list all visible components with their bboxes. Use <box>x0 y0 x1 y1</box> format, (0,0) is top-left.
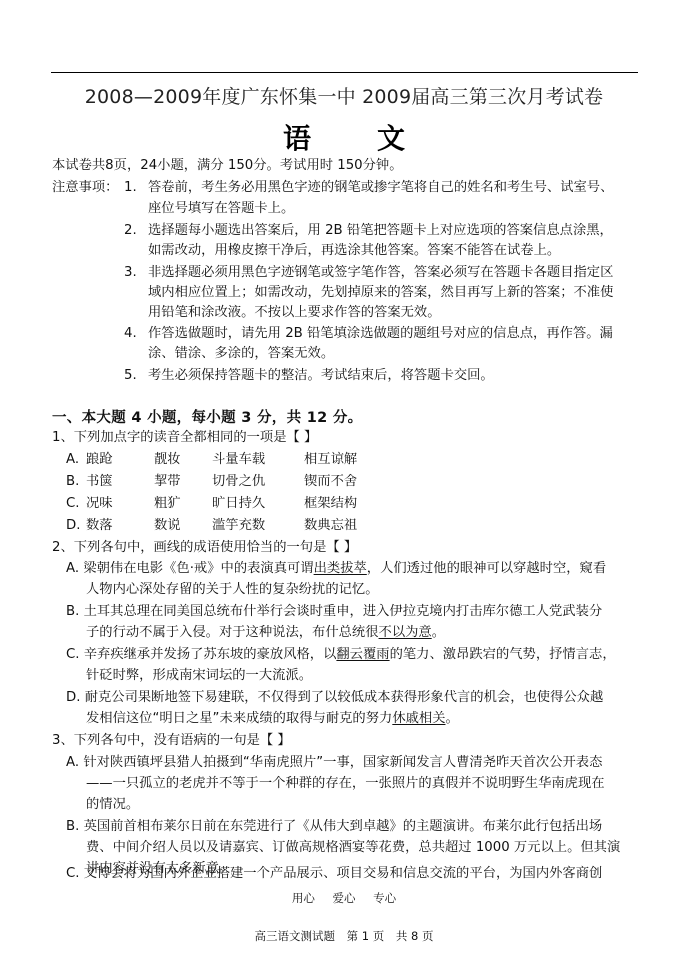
option-label: D. <box>66 518 80 534</box>
option-text: 子的行动不属于入侵。对于这种说法，布什总统很 <box>86 625 379 640</box>
motto-word: 爱心 <box>333 891 356 905</box>
note-number: 5. <box>124 368 137 384</box>
option-label: C. <box>66 866 80 881</box>
option-label: B. <box>66 604 79 619</box>
option-text: 针对陕西镇坪县猎人拍摄到“华南虎照片”一事，国家新闻发言人曹清尧昨天首次公开表态 <box>83 755 602 770</box>
option-label: B. <box>66 819 79 834</box>
option-item: 粗犷 <box>154 496 181 512</box>
q2-option-a-line2: 人物内心深处存留的关于人性的复杂纷扰的记忆。 <box>86 582 379 598</box>
q2-option-d-line1: D. 耐克公司果断地签下易建联，不仅得到了以较低成本获得形象代言的机会，也使得公… <box>66 690 603 706</box>
footer-page-info: 高三语文测试题 第 1 页 共 8 页 <box>0 928 688 944</box>
underlined-idiom: 休戚相关 <box>392 711 445 726</box>
note-text: 座位号填写在答题卡上。 <box>148 201 294 217</box>
q2-option-c-line1: C. 辛弃疾继承并发扬了苏东坡的豪放风格，以翻云覆雨的笔力、激昂跌宕的气势，抒情… <box>66 647 616 663</box>
option-label: C. <box>66 647 80 662</box>
subject-char-2: 文 <box>377 117 405 157</box>
q2-option-b-line1: B. 土耳其总理在同美国总统布什举行会谈时重申，进入伊拉克境内打击库尔德工人党武… <box>66 604 602 620</box>
q3-option-b-line2: 费、中间介绍人员以及请嘉宾、订做高规格酒宴等花费，总共超过 1000 万元以上。… <box>86 840 620 856</box>
q2-option-d-line2: 发相信这位“明日之星”未来成绩的取得与耐克的努力休戚相关。 <box>86 711 459 727</box>
option-item: 靓妆 <box>154 452 181 468</box>
question-1-stem: 1、下列加点字的读音全都相同的一项是【 】 <box>52 430 317 446</box>
page-number: 第 1 页 <box>347 929 385 943</box>
option-item: 相互谅解 <box>304 452 357 468</box>
option-text: 的笔力、激昂跌宕的气势，抒情言志， <box>390 647 616 662</box>
option-item: 锲而不舍 <box>304 474 357 490</box>
option-item: 旷日持久 <box>212 496 265 512</box>
option-item: 滥竽充数 <box>212 518 265 534</box>
option-item: 数典忘祖 <box>304 518 357 534</box>
note-number: 2. <box>124 223 137 239</box>
question-2-stem: 2、下列各句中，画线的成语使用恰当的一句是【 】 <box>52 540 357 556</box>
option-item: 切骨之仇 <box>212 474 265 490</box>
exam-intro: 本试卷共8页，24小题，满分 150分。考试用时 150分钟。 <box>52 158 403 174</box>
subject-char-1: 语 <box>283 117 311 157</box>
option-item: 框架结构 <box>304 496 357 512</box>
option-item: 挈带 <box>154 474 181 490</box>
note-text: 选择题每小题选出答案后，用 2B 铅笔把答题卡上对应选项的答案信息点涂黑， <box>148 223 613 239</box>
note-text: 非选择题必须用黑色字迹钢笔或签字笔作答，答案必须写在答题卡各题目指定区 <box>148 265 613 281</box>
option-text: 文博会将为国内外企业搭建一个产品展示、项目交易和信息交流的平台，为国内外客商创 <box>84 866 603 881</box>
note-text: 答卷前，考生务必用黑色字迹的钢笔或掺字笔将自己的姓名和考生号、试室号、 <box>148 180 613 196</box>
note-number: 4. <box>124 326 137 342</box>
exam-page: 2008—2009年度广东怀集一中 2009届高三第三次月考试卷 语文 本试卷共… <box>0 0 688 972</box>
option-text: 英国前首相布莱尔日前在东莞进行了《从伟大到卓越》的主题演讲。布莱尔此行包括出场 <box>84 819 603 834</box>
option-label: A. <box>66 561 79 576</box>
subject-title: 语文 <box>0 117 688 157</box>
option-text: 发相信这位“明日之星”未来成绩的取得与耐克的努力 <box>86 711 392 726</box>
q3-option-a-line2: ——一只孤立的老虎并不等于一个种群的存在，一张照片的真假并不说明野生华南虎现在 <box>86 776 605 792</box>
question-3-stem: 3、下列各句中，没有语病的一句是【 】 <box>52 733 291 749</box>
option-text: ，人们透过他的眼神可以穿越时空，窥看 <box>367 561 606 576</box>
option-text: 。 <box>432 625 445 640</box>
note-text: 域内相应位置上；如需改动，先划掉原来的答案，然目再写上新的答案；不准使 <box>148 285 613 301</box>
option-item: 况味 <box>86 496 113 512</box>
note-text: 如需改动，用橡皮擦干净后，再选涂其他答案。答案不能答在试卷上。 <box>148 243 560 259</box>
option-label: B. <box>66 474 79 490</box>
option-item: 书箧 <box>86 474 113 490</box>
option-item: 斗量车载 <box>212 452 265 468</box>
note-text: 用铅笔和涂改液。不按以上要求作答的答案无效。 <box>148 305 441 321</box>
q3-option-a-line3: 的情况。 <box>86 797 139 813</box>
footer-motto: 用心 爱心 专心 <box>0 890 688 906</box>
option-text: 梁朝伟在电影《色·戒》中的表演真可谓 <box>83 561 313 576</box>
note-number: 1. <box>124 180 137 196</box>
underlined-idiom: 不以为意 <box>379 625 432 640</box>
page-total: 共 8 页 <box>396 929 434 943</box>
note-text: 涂、错涂、多涂的，答案无效。 <box>148 346 334 362</box>
header-rule <box>51 72 638 73</box>
option-label: D. <box>66 690 80 705</box>
option-text: 。 <box>446 711 459 726</box>
underlined-idiom: 出类拔萃 <box>314 561 367 576</box>
notes-label: 注意事项： <box>52 180 118 196</box>
option-item: 踉跄 <box>86 452 113 468</box>
option-item: 数说 <box>154 518 181 534</box>
underlined-idiom: 翻云覆雨 <box>336 647 389 662</box>
option-label: C. <box>66 496 80 512</box>
option-text: 辛弃疾继承并发扬了苏东坡的豪放风格，以 <box>84 647 337 662</box>
option-label: A. <box>66 452 79 468</box>
note-text: 考生必须保持答题卡的整洁。考试结束后，将答题卡交回。 <box>148 368 494 384</box>
section-heading: 一、本大题 4 小题，每小题 3 分，共 12 分。 <box>52 406 362 427</box>
note-text: 作答选做题时，请先用 2B 铅笔填涂选做题的题组号对应的信息点，再作答。漏 <box>148 326 613 342</box>
option-item: 数落 <box>86 518 113 534</box>
footer-title: 高三语文测试题 <box>254 929 335 943</box>
option-label: A. <box>66 755 79 770</box>
q3-option-a-line1: A. 针对陕西镇坪县猎人拍摄到“华南虎照片”一事，国家新闻发言人曹清尧昨天首次公… <box>66 755 602 771</box>
q2-option-a-line1: A. 梁朝伟在电影《色·戒》中的表演真可谓出类拔萃，人们透过他的眼神可以穿越时空… <box>66 561 606 577</box>
option-text: 耐克公司果断地签下易建联，不仅得到了以较低成本获得形象代言的机会，也使得公众越 <box>85 690 604 705</box>
note-number: 3. <box>124 265 137 281</box>
motto-word: 专心 <box>373 891 396 905</box>
q3-option-b-line1: B. 英国前首相布莱尔日前在东莞进行了《从伟大到卓越》的主题演讲。布莱尔此行包括… <box>66 819 602 835</box>
motto-word: 用心 <box>292 891 315 905</box>
option-text: 土耳其总理在同美国总统布什举行会谈时重申，进入伊拉克境内打击库尔德工人党武装分 <box>84 604 603 619</box>
q2-option-c-line2: 针砭时弊，形成南宋词坛的一大流派。 <box>86 668 312 684</box>
q3-option-c-line1: C. 文博会将为国内外企业搭建一个产品展示、项目交易和信息交流的平台，为国内外客… <box>66 866 602 882</box>
q2-option-b-line2: 子的行动不属于入侵。对于这种说法，布什总统很不以为意。 <box>86 625 445 641</box>
exam-title: 2008—2009年度广东怀集一中 2009届高三第三次月考试卷 <box>0 82 688 109</box>
